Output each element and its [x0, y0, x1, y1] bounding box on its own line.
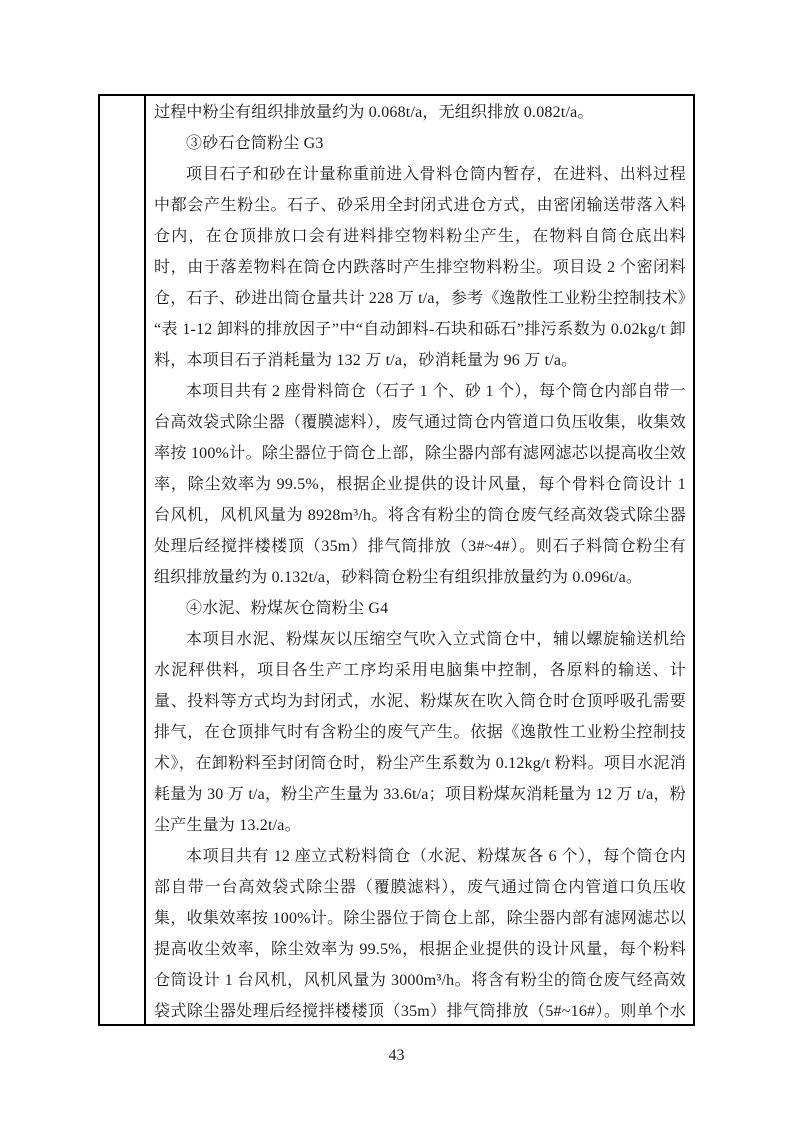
table-left-cell — [100, 96, 146, 1024]
paragraph-g3-sources: 项目石子和砂在计量称重前进入骨料仓筒内暂存，在进料、出料过程中都会产生粉尘。石子… — [154, 159, 686, 376]
paragraph-g3-treatment: 本项目共有 2 座骨料筒仓（石子 1 个、砂 1 个），每个筒仓内部自带一台高效… — [154, 376, 686, 593]
heading-g4: ④水泥、粉煤灰仓筒粉尘 G4 — [154, 593, 686, 624]
page-number: 43 — [0, 1046, 793, 1066]
paragraph-g4-sources: 本项目水泥、粉煤灰以压缩空气吹入立式筒仓中，辅以螺旋输送机给水泥秤供料，项目各生… — [154, 624, 686, 841]
paragraph-continuation: 过程中粉尘有组织排放量约为 0.068t/a，无组织排放 0.082t/a。 — [154, 97, 686, 128]
heading-g3: ③砂石仓筒粉尘 G3 — [154, 128, 686, 159]
document-table: 过程中粉尘有组织排放量约为 0.068t/a，无组织排放 0.082t/a。 ③… — [98, 94, 695, 1026]
paragraph-g4-treatment: 本项目共有 12 座立式粉料筒仓（水泥、粉煤灰各 6 个），每个筒仓内部自带一台… — [154, 841, 686, 1024]
document-page: 过程中粉尘有组织排放量约为 0.068t/a，无组织排放 0.082t/a。 ③… — [0, 0, 793, 1122]
table-content-cell: 过程中粉尘有组织排放量约为 0.068t/a，无组织排放 0.082t/a。 ③… — [146, 96, 693, 1024]
